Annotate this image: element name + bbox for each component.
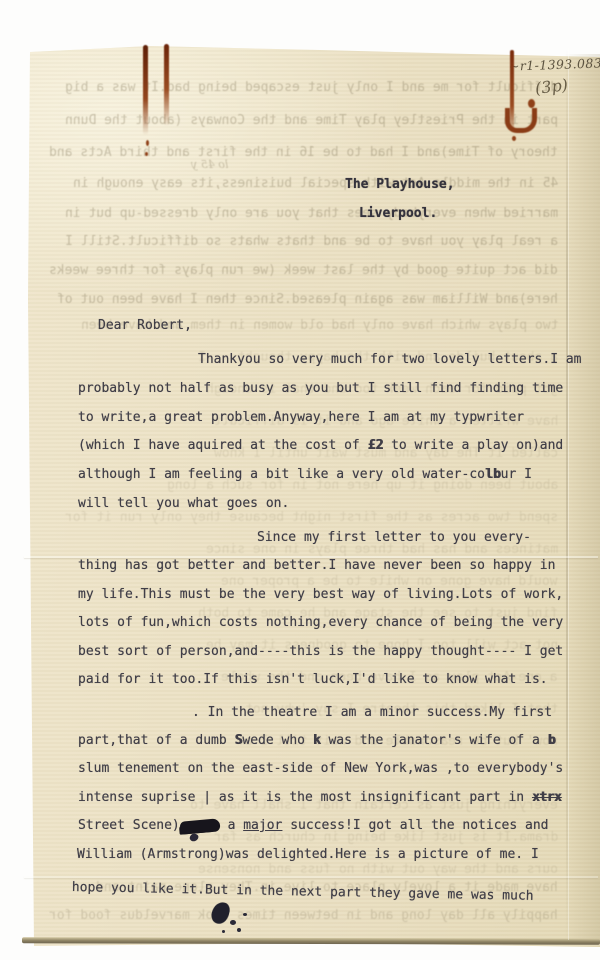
text-segment: a — [220, 818, 243, 833]
body-line: to write,a great problem.Anyway,here I a… — [78, 410, 524, 426]
body-line: William (Armstrong)was delighted.Here is… — [77, 847, 539, 863]
letterhead-line2: Liverpool. — [359, 206, 437, 221]
rust-stain — [143, 45, 148, 135]
bleed-line: married when everybody sees that you are… — [65, 206, 558, 221]
bleed-line: spend two acres as the first night becau… — [65, 510, 558, 525]
body-line: paid for it too.If this isn't luck,I'd l… — [78, 672, 548, 688]
text-segment: ur I — [501, 467, 532, 482]
overstruck-text: lb — [485, 467, 501, 482]
bleed-line: difficult for me and I only just escaped… — [65, 80, 558, 95]
ink-scribble-redaction — [179, 818, 220, 834]
bleed-line: here)and William was again pleased.Since… — [57, 292, 558, 307]
body-line-insignificant: intense suprise | as it is the most insi… — [78, 790, 561, 806]
body-line: will tell you what goes on. — [78, 496, 289, 512]
ink-dot — [237, 928, 241, 932]
body-line: Since my first letter to you every- — [257, 530, 531, 546]
scanned-letter-page: difficult for me and I only just escaped… — [0, 0, 600, 960]
struck-out-text: xtrx — [532, 790, 561, 805]
text-segment: although I am feeling a bit like a very … — [78, 467, 485, 482]
body-line: thing has got better and better.I have n… — [78, 558, 555, 574]
body-line-swede: part,that of a dumb Swede who k was the … — [78, 733, 555, 749]
overstruck-text: £2 — [368, 438, 384, 453]
body-line-acquired: (which I have aquired at the cost of £2 … — [78, 438, 563, 454]
text-segment: was the janator's wife of a — [321, 733, 548, 748]
body-line: my life.This must be the very best way o… — [78, 587, 563, 603]
archive-reference: ~r1-1393.083 — [509, 55, 600, 73]
ink-dot — [222, 930, 225, 933]
body-line: best sort of person,and----this is the h… — [78, 644, 563, 660]
bleed-line: theory of Time)and I had to be 16 in the… — [49, 145, 558, 160]
paper-right-shade — [564, 54, 600, 944]
bleed-line: happily all day long and in between time… — [49, 908, 558, 923]
body-line: lots of fun,which costs nothing,every ch… — [78, 615, 563, 631]
text-segment: wede who — [242, 733, 312, 748]
bleed-line: part in the Priestley play Time and the … — [65, 113, 558, 128]
text-segment: intense suprise | as it is the most insi… — [78, 790, 532, 805]
salutation: Dear Robert, — [98, 318, 192, 334]
text-segment: part,that of a dumb — [78, 733, 235, 748]
body-line: . In the theatre I am a minor success.My… — [192, 705, 552, 721]
body-line: probably not half as busy as you but I s… — [78, 381, 563, 397]
underlined-text: major — [243, 818, 282, 833]
body-line: Thankyou so very much for two lovely let… — [198, 352, 582, 368]
rust-dot — [512, 136, 516, 141]
body-line-scene: Street Scene) a major success!I got all … — [78, 818, 548, 834]
rust-stain-hook — [505, 108, 537, 133]
rust-dot — [146, 140, 149, 146]
bleed-line: 45 in the middle Act with special buisin… — [73, 176, 558, 191]
bleed-line: a real play you have to be and thats wha… — [65, 234, 558, 249]
text-segment: success!I got all the notices and — [282, 818, 548, 833]
ink-dot — [230, 920, 236, 925]
text-segment: to write a play on)and — [383, 438, 563, 453]
bleed-line: ours and the way out with no fuss and no… — [198, 862, 558, 877]
overstruck-text: b — [548, 733, 556, 748]
bleed-handwriting: lo 45 y — [191, 157, 228, 172]
bleed-line: did act quite good by the last week (we … — [49, 263, 558, 278]
page-number-annotation: (3p) — [534, 75, 569, 98]
rust-dot — [145, 152, 148, 156]
text-segment: Street Scene) — [78, 818, 180, 833]
body-line-watercolour: although I am feeling a bit like a very … — [78, 467, 532, 483]
text-segment: (which I have aquired at the cost of — [78, 438, 368, 453]
rust-stain — [164, 44, 169, 126]
rust-dot — [528, 99, 535, 108]
letterhead-line1: The Playhouse, — [345, 177, 455, 192]
vertical-crease — [566, 48, 568, 940]
body-line: slum tenement on the east-side of New Yo… — [78, 761, 563, 777]
ink-dot — [243, 913, 247, 916]
overstruck-text: k — [313, 733, 321, 748]
